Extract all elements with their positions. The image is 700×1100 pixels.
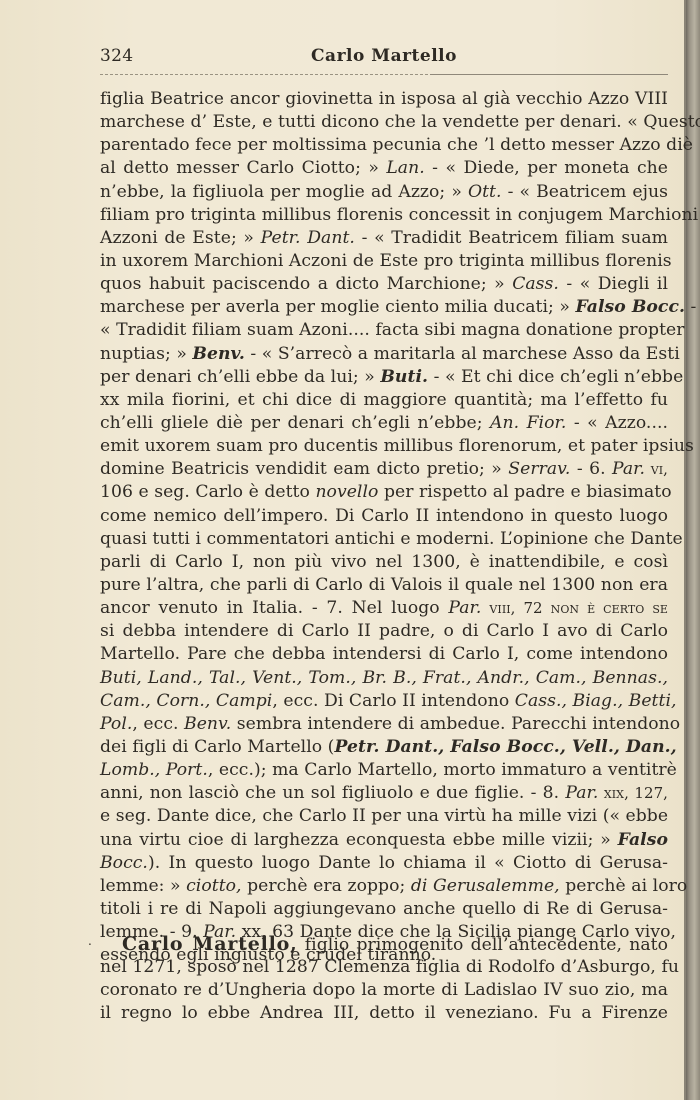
citation: Petr. Dant.: [261, 228, 355, 248]
paragraph-notes: figlia Beatrice ancor giovinetta in ispo…: [100, 88, 668, 967]
page-edge: [686, 0, 700, 1100]
citation: Ott.: [468, 182, 502, 202]
citation: Falso Bocc.: [575, 297, 685, 317]
text-line: il regno lo ebbe Andrea III, detto il ve…: [100, 1002, 668, 1025]
text-line: « Tradidit filiam suam Azoni.... facta s…: [100, 319, 668, 342]
text-line: lemme: » ciotto, perchè era zoppo; di Ge…: [100, 875, 668, 898]
header-rule-solid: [430, 74, 668, 75]
citation: Pol.: [100, 714, 132, 734]
stray-mark: .: [88, 934, 92, 948]
citation: Benv.: [184, 714, 231, 734]
text-line: ch’elli gliele diè per denari ch’egli n’…: [100, 412, 668, 435]
text-line: Martello. Pare che debba intendersi di C…: [100, 643, 668, 666]
entry-headword: Carlo Martello,: [122, 933, 298, 955]
citation: Par.: [448, 598, 481, 618]
citation: Par.: [565, 783, 598, 803]
text-line: al detto messer Carlo Ciotto; » Lan. - «…: [100, 157, 668, 180]
citation: Par.: [612, 459, 645, 479]
text-line: domine Beatricis vendidit eam dicto pret…: [100, 458, 668, 481]
citation: Falso: [618, 830, 668, 850]
text-line: parli di Carlo I, non più vivo nel 1300,…: [100, 551, 668, 574]
text-line: coronato re d’Ungheria dopo la morte di …: [100, 979, 668, 1002]
text-line: quasi tutti i commentatori antichi e mod…: [100, 528, 668, 551]
text-line: si debba intendere di Carlo II padre, o …: [100, 620, 668, 643]
citation: Serrav.: [508, 459, 570, 479]
text-line: dei figli di Carlo Martello (Petr. Dant.…: [100, 736, 668, 759]
text-line: xx mila fiorini, et chi dice di maggiore…: [100, 389, 668, 412]
text-line: marchese d’ Este, e tutti dicono che la …: [100, 111, 668, 134]
citation: Lomb., Port.: [100, 760, 208, 780]
text-line: parentado fece per moltissima pecunia ch…: [100, 134, 668, 157]
emphasis: novello: [315, 482, 378, 502]
text-line: n’ebbe, la figliuola per moglie ad Azzo;…: [100, 181, 668, 204]
text-line: marchese per averla per moglie ciento mi…: [100, 296, 668, 319]
emphasis: ciotto,: [186, 876, 241, 896]
text-line: Buti, Land., Tal., Vent., Tom., Br. B., …: [100, 667, 668, 690]
citation: An. Fior.: [490, 413, 566, 433]
text-line: pure l’altra, che parli di Carlo di Valo…: [100, 574, 668, 597]
text-line: e seg. Dante dice, che Carlo II per una …: [100, 805, 668, 828]
text-line: Lomb., Port., ecc.); ma Carlo Martello, …: [100, 759, 668, 782]
text-line: 106 e seg. Carlo è detto novello per ris…: [100, 481, 668, 504]
text-line: per denari ch’elli ebbe da lui; » Buti. …: [100, 366, 668, 389]
running-head: Carlo Martello: [100, 46, 668, 66]
text-line: ancor venuto in Italia. - 7. Nel luogo P…: [100, 597, 668, 620]
citation: Buti.: [380, 367, 428, 387]
text-line: in uxorem Marchioni Aczoni de Este pro t…: [100, 250, 668, 273]
text-line: filiam pro triginta millibus florenis co…: [100, 204, 668, 227]
emphasis: di Gerusalemme,: [411, 876, 560, 896]
text-line: anni, non lasciò che un sol figliuolo e …: [100, 782, 668, 805]
citation: Cam., Corn., Campi: [100, 691, 272, 711]
text-line: nel 1271, sposò nel 1287 Clemenza figlia…: [100, 956, 668, 979]
text-line: figlia Beatrice ancor giovinetta in ispo…: [100, 88, 668, 111]
text-line: come nemico dell’impero. Di Carlo II int…: [100, 505, 668, 528]
text-line: emit uxorem suam pro ducentis millibus f…: [100, 435, 668, 458]
text-line: Bocc.). In questo luogo Dante lo chiama …: [100, 852, 668, 875]
citation: Cass.: [512, 274, 559, 294]
citation: Benv.: [192, 344, 244, 364]
text-line: una virtu cioe di larghezza econquesta e…: [100, 829, 668, 852]
citation: Petr. Dant., Falso Bocc., Vell., Dan.,: [334, 737, 676, 757]
page-header: 324 Carlo Martello: [100, 44, 668, 72]
citation: Bocc.: [100, 853, 148, 873]
citation: Lan.: [386, 158, 424, 178]
citation: Buti, Land., Tal., Vent., Tom., Br. B., …: [100, 668, 668, 688]
text-line: nuptias; » Benv. - « S’arrecò a maritarl…: [100, 343, 668, 366]
text-line: Pol., ecc. Benv. sembra intendere di amb…: [100, 713, 668, 736]
text-line: titoli i re di Napoli aggiungevano anche…: [100, 898, 668, 921]
paragraph-entry: Carlo Martello, figlio primogenito dell’…: [100, 933, 668, 1026]
text-line: Azzoni de Este; » Petr. Dant. - « Tradid…: [100, 227, 668, 250]
citation: Cass., Biag., Betti,: [515, 691, 677, 711]
text-line: quos habuit paciscendo a dicto Marchione…: [100, 273, 668, 296]
text-line: Cam., Corn., Campi, ecc. Di Carlo II int…: [100, 690, 668, 713]
text-line: Carlo Martello, figlio primogenito dell’…: [100, 933, 668, 956]
